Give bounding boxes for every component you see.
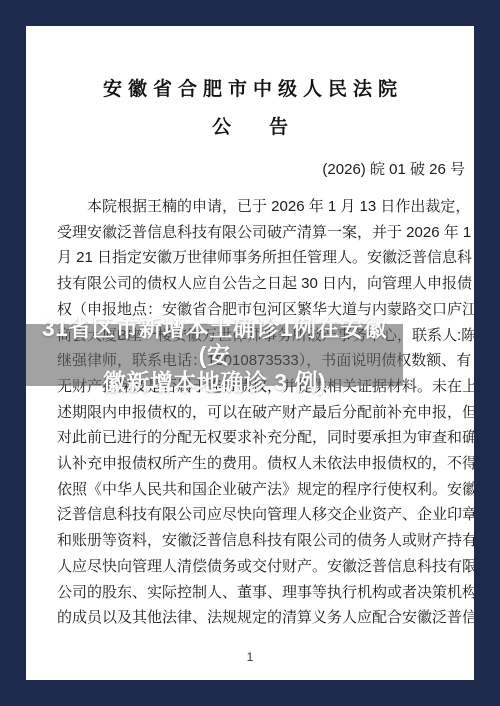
body-text-line: 认补充申报债权所产生的费用。债权人未依法申报债权的，不得 <box>57 451 465 477</box>
body-text-line: 对此前已进行的分配无权要求补充分配，同时要承担为审查和确 <box>57 425 465 451</box>
headline-line: 31省区市新增本土确诊1例在安徽(安 <box>26 315 403 369</box>
body-text-line: 的成员以及其他法律、法规规定的清算义务人应配合安徽泛普信 <box>57 605 465 631</box>
body-text-line: 和账册等资料，安徽泛普信息科技有限公司的债务人或财产持有 <box>57 528 465 554</box>
case-number: (2026) 皖 01 破 26 号 <box>322 158 465 179</box>
body-text-line: 泛普信息科技有限公司应尽快向管理人移交企业资产、企业印章 <box>57 502 465 528</box>
page-number: 1 <box>26 650 474 664</box>
body-text-line: 月 21 日指定安徽万世律师事务所担任管理人。安徽泛普信息科 <box>57 245 465 271</box>
announcement-body: 本院根据王楠的申请，已于 2026 年 1 月 13 日作出裁定，受理安徽泛普信… <box>57 194 465 631</box>
body-text-line: 依照《中华人民共和国企业破产法》规定的程序行使权利。安徽 <box>57 477 465 503</box>
document-type-heading: 公 告 <box>26 112 474 139</box>
body-text-line: 述期限内申报债权的，可以在破产财产最后分配前补充申报，但 <box>57 400 465 426</box>
body-text-line: 技有限公司的债权人应自公告之日起 30 日内，向管理人申报债 <box>57 271 465 297</box>
body-text-line: 人应尽快向管理人清偿债务或交付财产。安徽泛普信息科技有限 <box>57 554 465 580</box>
body-text-line: 公司的股东、实际控制人、董事、理事等执行机构或者决策机构 <box>57 580 465 606</box>
screenshot-frame: 安徽省合肥市中级人民法院 公 告 (2026) 皖 01 破 26 号 本院根据… <box>0 0 500 706</box>
news-headline-overlay: 31省区市新增本土确诊1例在安徽(安徽新增本地确诊 3 例) <box>26 324 403 386</box>
body-text-line: 受理安徽泛普信息科技有限公司破产清算一案，并于 2026 年 1 <box>57 220 465 246</box>
headline-line: 徽新增本地确诊 3 例) <box>26 369 403 396</box>
court-title: 安徽省合肥市中级人民法院 <box>26 74 474 101</box>
body-text-line: 本院根据王楠的申请，已于 2026 年 1 月 13 日作出裁定， <box>57 194 465 220</box>
